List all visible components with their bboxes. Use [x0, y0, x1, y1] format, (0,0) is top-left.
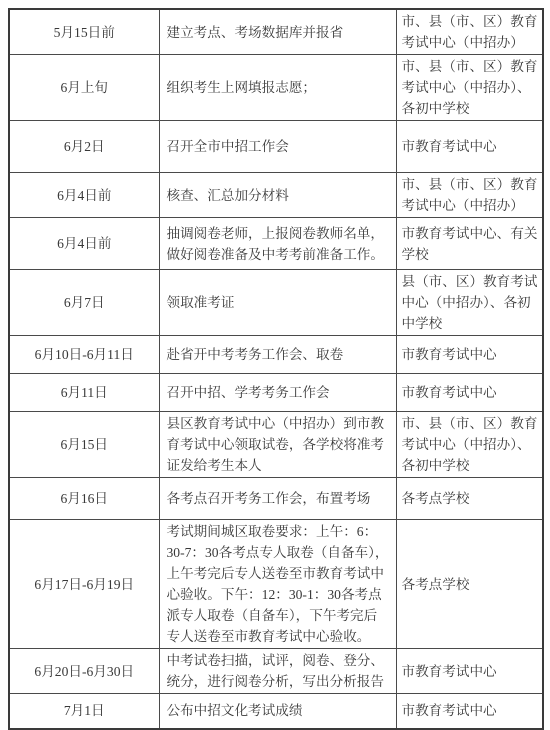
date-cell: 6月20日-6月30日 [9, 649, 159, 694]
date-cell: 6月17日-6月19日 [9, 520, 159, 649]
table-row: 6月上旬 组织考生上网填报志愿； 市、县（市、区）教育考试中心（中招办）、各初中… [9, 55, 543, 121]
org-cell: 市、县（市、区）教育考试中心（中招办） [396, 173, 543, 218]
org-cell: 市教育考试中心 [396, 649, 543, 694]
table-row: 6月20日-6月30日 中考试卷扫描，试评，阅卷、登分、统分，进行阅卷分析，写出… [9, 649, 543, 694]
date-cell: 6月上旬 [9, 55, 159, 121]
table-row: 6月4日前 抽调阅卷老师，上报阅卷教师名单，做好阅卷准备及中考考前准备工作。 市… [9, 218, 543, 270]
table-row: 6月17日-6月19日 考试期间城区取卷要求：上午：6：30-7：30各考点专人… [9, 520, 543, 649]
task-cell: 考试期间城区取卷要求：上午：6：30-7：30各考点专人取卷（自备车），上午考完… [159, 520, 396, 649]
task-cell: 公布中招文化考试成绩 [159, 694, 396, 729]
task-cell: 抽调阅卷老师，上报阅卷教师名单，做好阅卷准备及中考考前准备工作。 [159, 218, 396, 270]
org-cell: 各考点学校 [396, 520, 543, 649]
org-cell: 市教育考试中心 [396, 336, 543, 374]
task-cell: 核查、汇总加分材料 [159, 173, 396, 218]
date-cell: 6月4日前 [9, 173, 159, 218]
org-cell: 市教育考试中心 [396, 374, 543, 412]
task-cell: 中考试卷扫描，试评，阅卷、登分、统分，进行阅卷分析，写出分析报告 [159, 649, 396, 694]
table-row: 5月15日前 建立考点、考场数据库并报省 市、县（市、区）教育考试中心（中招办） [9, 9, 543, 55]
org-cell: 市教育考试中心 [396, 694, 543, 729]
exam-schedule-table-body: 5月15日前 建立考点、考场数据库并报省 市、县（市、区）教育考试中心（中招办）… [9, 9, 543, 729]
table-row: 6月11日 召开中招、学考考务工作会 市教育考试中心 [9, 374, 543, 412]
table-row: 6月7日 领取准考证 县（市、区）教育考试中心（中招办）、各初中学校 [9, 270, 543, 336]
org-cell: 县（市、区）教育考试中心（中招办）、各初中学校 [396, 270, 543, 336]
date-cell: 7月1日 [9, 694, 159, 729]
date-cell: 6月15日 [9, 412, 159, 478]
table-row: 6月15日 县区教育考试中心（中招办）到市教育考试中心领取试卷，各学校将准考证发… [9, 412, 543, 478]
date-cell: 6月4日前 [9, 218, 159, 270]
task-cell: 各考点召开考务工作会，布置考场 [159, 478, 396, 520]
task-cell: 召开中招、学考考务工作会 [159, 374, 396, 412]
exam-schedule-table: 5月15日前 建立考点、考场数据库并报省 市、县（市、区）教育考试中心（中招办）… [8, 8, 544, 730]
task-cell: 建立考点、考场数据库并报省 [159, 9, 396, 55]
date-cell: 6月7日 [9, 270, 159, 336]
task-cell: 县区教育考试中心（中招办）到市教育考试中心领取试卷，各学校将准考证发给考生本人 [159, 412, 396, 478]
task-cell: 召开全市中招工作会 [159, 121, 396, 173]
table-row: 6月10日-6月11日 赴省开中考考务工作会、取卷 市教育考试中心 [9, 336, 543, 374]
org-cell: 市、县（市、区）教育考试中心（中招办）、各初中学校 [396, 412, 543, 478]
org-cell: 市、县（市、区）教育考试中心（中招办） [396, 9, 543, 55]
date-cell: 6月10日-6月11日 [9, 336, 159, 374]
org-cell: 市教育考试中心 [396, 121, 543, 173]
org-cell: 市教育考试中心、有关学校 [396, 218, 543, 270]
table-row: 6月16日 各考点召开考务工作会，布置考场 各考点学校 [9, 478, 543, 520]
date-cell: 5月15日前 [9, 9, 159, 55]
date-cell: 6月16日 [9, 478, 159, 520]
org-cell: 各考点学校 [396, 478, 543, 520]
table-row: 6月2日 召开全市中招工作会 市教育考试中心 [9, 121, 543, 173]
task-cell: 领取准考证 [159, 270, 396, 336]
date-cell: 6月2日 [9, 121, 159, 173]
task-cell: 组织考生上网填报志愿； [159, 55, 396, 121]
org-cell: 市、县（市、区）教育考试中心（中招办）、各初中学校 [396, 55, 543, 121]
table-row: 6月4日前 核查、汇总加分材料 市、县（市、区）教育考试中心（中招办） [9, 173, 543, 218]
date-cell: 6月11日 [9, 374, 159, 412]
task-cell: 赴省开中考考务工作会、取卷 [159, 336, 396, 374]
table-row: 7月1日 公布中招文化考试成绩 市教育考试中心 [9, 694, 543, 729]
